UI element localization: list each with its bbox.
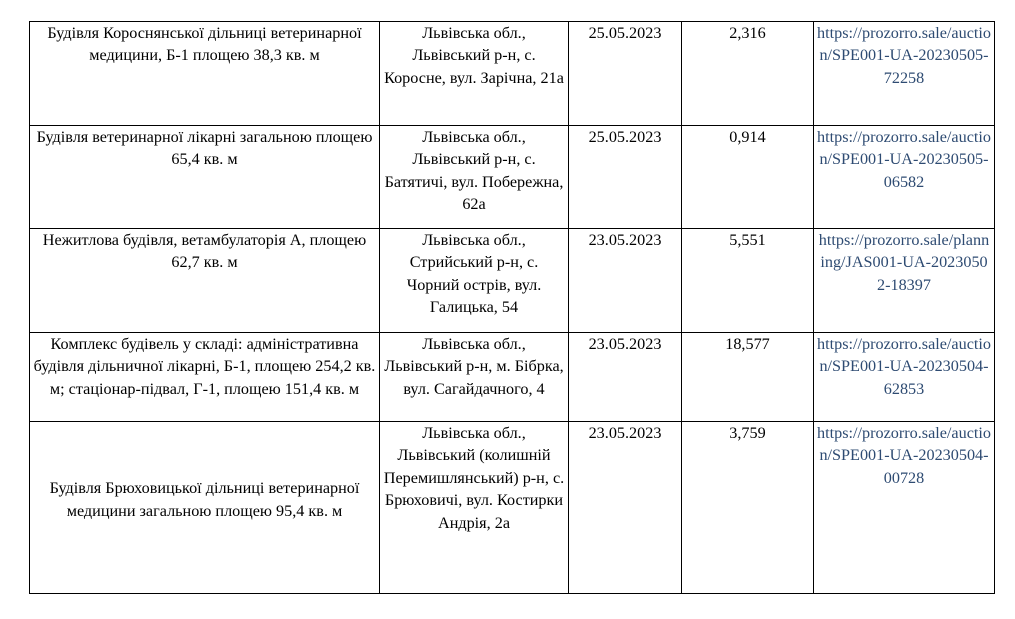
object-name-cell: Комплекс будівель у складі: адміністрати… [30,333,380,422]
link-cell: https://prozorro.sale/auction/SPE001-UA-… [814,126,995,229]
table-row: Нежитлова будівля, ветамбулаторія А, пло… [30,229,995,333]
link-cell: https://prozorro.sale/auction/SPE001-UA-… [814,22,995,126]
date-cell: 23.05.2023 [569,229,682,333]
address-cell: Львівська обл., Львівський (колишній Пер… [380,422,569,594]
prozorro-link[interactable]: https://prozorro.sale/planning/JAS001-UA… [817,229,991,296]
price-cell: 2,316 [682,22,814,126]
date-cell: 23.05.2023 [569,333,682,422]
property-sale-table: Будівля Короснянської дільниці ветеринар… [29,21,995,594]
object-name-cell: Будівля ветеринарної лікарні загальною п… [30,126,380,229]
object-name-cell: Будівля Брюховицької дільниці ветеринарн… [30,422,380,594]
prozorro-link[interactable]: https://prozorro.sale/auction/SPE001-UA-… [817,422,991,489]
address-cell: Львівська обл., Львівський р-н, с. Батят… [380,126,569,229]
table-row: Будівля Короснянської дільниці ветеринар… [30,22,995,126]
table-row: Комплекс будівель у складі: адміністрати… [30,333,995,422]
price-cell: 0,914 [682,126,814,229]
prozorro-link[interactable]: https://prozorro.sale/auction/SPE001-UA-… [817,22,991,89]
table-row: Будівля Брюховицької дільниці ветеринарн… [30,422,995,594]
link-cell: https://prozorro.sale/planning/JAS001-UA… [814,229,995,333]
price-cell: 18,577 [682,333,814,422]
date-cell: 25.05.2023 [569,22,682,126]
object-name-cell: Нежитлова будівля, ветамбулаторія А, пло… [30,229,380,333]
prozorro-link[interactable]: https://prozorro.sale/auction/SPE001-UA-… [817,333,991,400]
address-cell: Львівська обл., Львівський р-н, с. Корос… [380,22,569,126]
object-name-cell: Будівля Короснянської дільниці ветеринар… [30,22,380,126]
prozorro-link[interactable]: https://prozorro.sale/auction/SPE001-UA-… [817,126,991,193]
price-cell: 3,759 [682,422,814,594]
price-cell: 5,551 [682,229,814,333]
date-cell: 25.05.2023 [569,126,682,229]
link-cell: https://prozorro.sale/auction/SPE001-UA-… [814,422,995,594]
date-cell: 23.05.2023 [569,422,682,594]
address-cell: Львівська обл., Львівський р-н, м. Бібрк… [380,333,569,422]
link-cell: https://prozorro.sale/auction/SPE001-UA-… [814,333,995,422]
address-cell: Львівська обл., Стрийський р-н, с. Чорни… [380,229,569,333]
table-row: Будівля ветеринарної лікарні загальною п… [30,126,995,229]
